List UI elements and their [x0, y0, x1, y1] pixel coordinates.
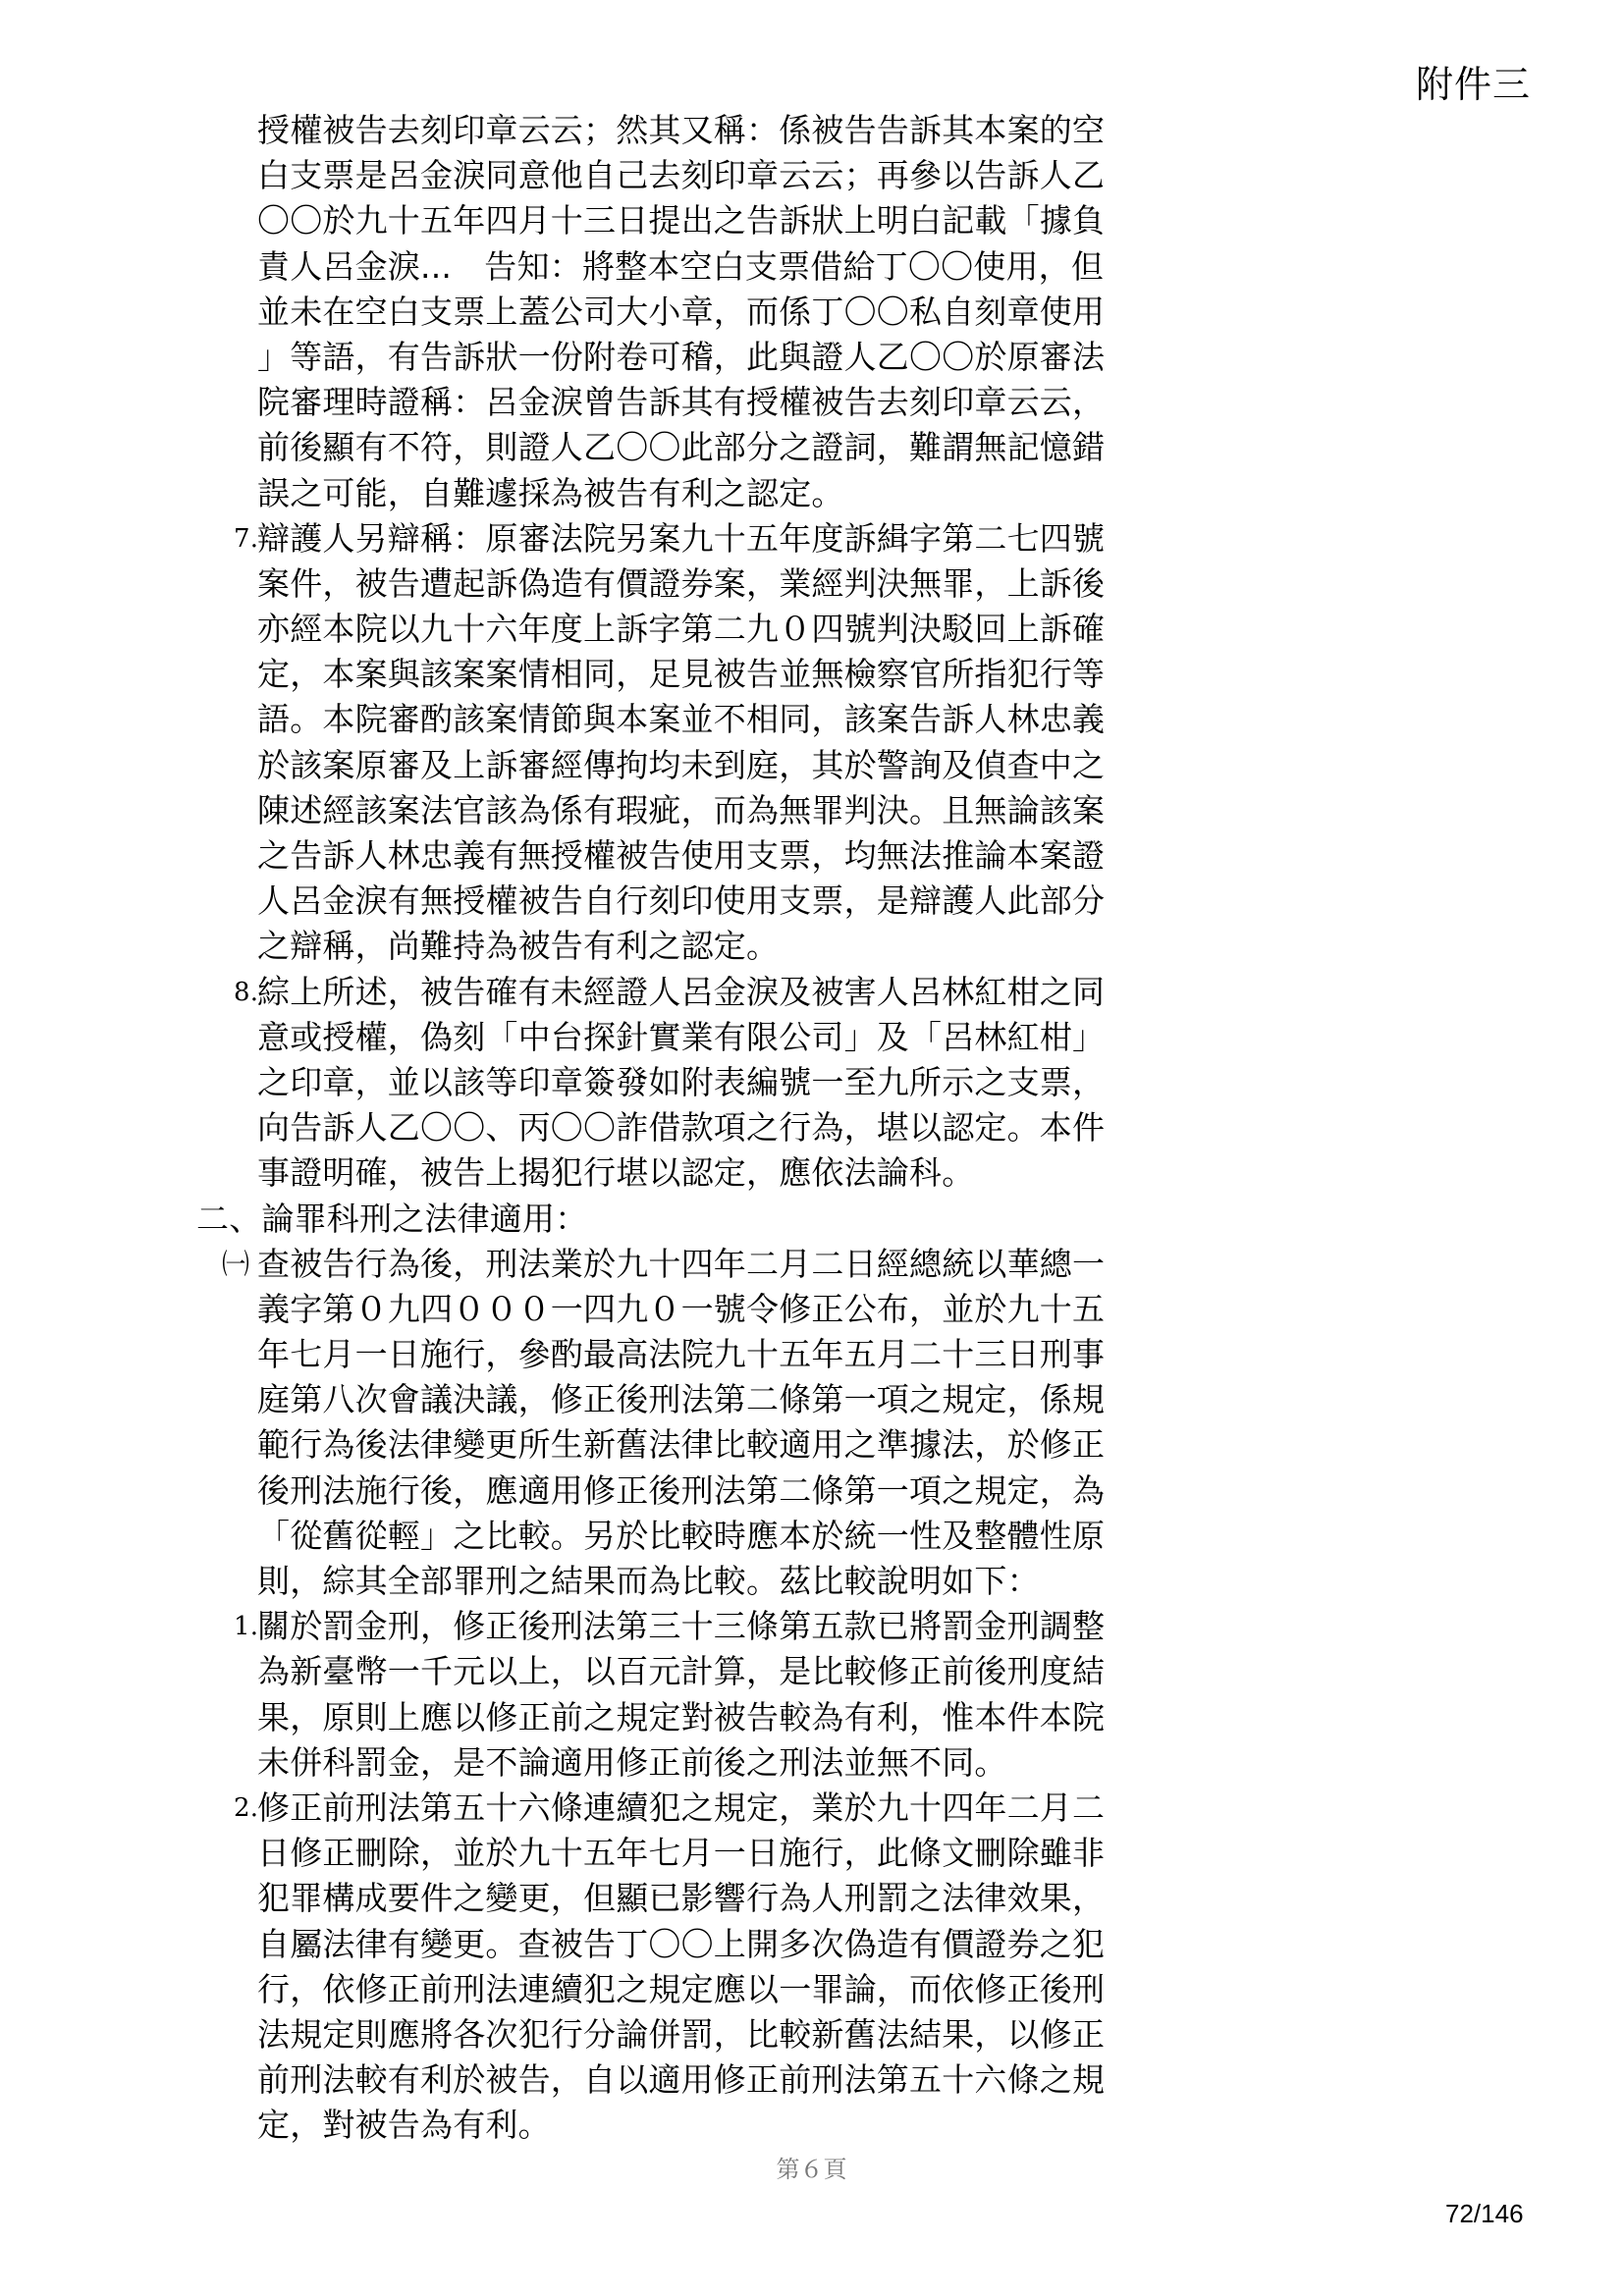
list-marker: 2. — [234, 1786, 258, 1831]
paragraph-line: 自屬法律有變更。查被告丁〇〇上開多次偽造有價證券之犯 — [196, 1922, 1100, 1967]
line-text: 向告訴人乙〇〇、丙〇〇詐借款項之行為，堪以認定。本件 — [257, 1108, 1105, 1147]
paragraph-line: 之辯稱，尚難持為被告有利之認定。 — [196, 924, 1100, 969]
paragraph-line: 〇〇於九十五年四月十三日提出之告訴狀上明白記載「據負 — [196, 198, 1100, 243]
list-marker: 8. — [234, 970, 258, 1015]
paragraph-line: 犯罪構成要件之變更，但顯已影響行為人刑罰之法律效果， — [196, 1876, 1100, 1921]
line-text: 後刑法施行後，應適用修正後刑法第二條第一項之規定，為 — [257, 1471, 1105, 1510]
line-text: 責人呂金淚... 告知：將整本空白支票借給丁〇〇使用，但 — [257, 247, 1104, 286]
paragraph-line: 後刑法施行後，應適用修正後刑法第二條第一項之規定，為 — [196, 1468, 1100, 1514]
paragraph-line: 誤之可能，自難遽採為被告有利之認定。 — [196, 471, 1100, 516]
line-text: 案件，被告遭起訴偽造有價證券案，業經判決無罪，上訴後 — [257, 564, 1105, 603]
paragraph-line: 果，原則上應以修正前之規定對被告較為有利，惟本件本院 — [196, 1695, 1100, 1740]
line-text: 前刑法較有利於被告，自以適用修正前刑法第五十六條之規 — [257, 2060, 1105, 2099]
paragraph-line: 日修正刪除，並於九十五年七月一日施行，此條文刪除雖非 — [196, 1831, 1100, 1876]
paragraph-line: 向告訴人乙〇〇、丙〇〇詐借款項之行為，堪以認定。本件 — [196, 1105, 1100, 1150]
line-text: 年七月一日施行，參酌最高法院九十五年五月二十三日刑事 — [257, 1335, 1105, 1373]
line-text: 院審理時證稱：呂金淚曾告訴其有授權被告去刻印章云云， — [257, 383, 1105, 421]
paragraph-line: 為新臺幣一千元以上，以百元計算，是比較修正前後刑度結 — [196, 1649, 1100, 1694]
line-text: 誤之可能，自難遽採為被告有利之認定。 — [257, 474, 844, 512]
line-text: 前後顯有不符，則證人乙〇〇此部分之證詞，難謂無記憶錯 — [257, 428, 1105, 466]
paragraph-line: 「從舊從輕」之比較。另於比較時應本於統一性及整體性原 — [196, 1514, 1100, 1559]
line-text: 法規定則應將各次犯行分論併罰，比較新舊法結果，以修正 — [257, 2015, 1105, 2054]
line-text: 未併科罰金，是不論適用修正前後之刑法並無不同。 — [257, 1743, 1007, 1782]
line-text: 人呂金淚有無授權被告自行刻印使用支票，是辯護人此部分 — [257, 881, 1105, 920]
line-text: 意或授權，偽刻「中台探針實業有限公司」及「呂林紅柑」 — [257, 1018, 1105, 1056]
line-text: 自屬法律有變更。查被告丁〇〇上開多次偽造有價證券之犯 — [257, 1925, 1105, 1963]
paragraph-line: 事證明確，被告上揭犯行堪以認定，應依法論科。 — [196, 1150, 1100, 1196]
paragraph-line: 年七月一日施行，參酌最高法院九十五年五月二十三日刑事 — [196, 1332, 1100, 1377]
list-item-start: 1.關於罰金刑，修正後刑法第三十三條第五款已將罰金刑調整 — [196, 1604, 1100, 1649]
line-text: 〇〇於九十五年四月十三日提出之告訴狀上明白記載「據負 — [257, 201, 1105, 240]
line-text: 查被告行為後，刑法業於九十四年二月二日經總統以華總一 — [257, 1245, 1105, 1283]
paragraph-line: 授權被告去刻印章云云；然其又稱：係被告告訴其本案的空 — [196, 108, 1100, 153]
line-text: 陳述經該案法官該為係有瑕疵，而為無罪判決。且無論該案 — [257, 791, 1105, 829]
line-text: 並未在空白支票上蓋公司大小章，而係丁〇〇私自刻章使用 — [257, 293, 1105, 331]
line-text: 之告訴人林忠義有無授權被告使用支票，均無法推論本案證 — [257, 836, 1105, 875]
list-marker: 7. — [234, 516, 258, 561]
paragraph-line: 定，本案與該案案情相同，足見被告並無檢察官所指犯行等 — [196, 652, 1100, 697]
line-text: 授權被告去刻印章云云；然其又稱：係被告告訴其本案的空 — [257, 111, 1105, 149]
page-number: 第６頁 — [0, 2150, 1623, 2184]
page-count: 72/146 — [1445, 2199, 1524, 2229]
line-text: 之辯稱，尚難持為被告有利之認定。 — [257, 927, 779, 965]
line-text: 義字第０九四０００一四九０一號令修正公布，並於九十五 — [257, 1290, 1105, 1328]
line-text: 「從舊從輕」之比較。另於比較時應本於統一性及整體性原 — [257, 1517, 1105, 1555]
line-text: 關於罰金刑，修正後刑法第三十三條第五款已將罰金刑調整 — [257, 1607, 1105, 1645]
section-heading: 二、論罪科刑之法律適用： — [196, 1197, 1100, 1242]
paragraph-line: 前刑法較有利於被告，自以適用修正前刑法第五十六條之規 — [196, 2057, 1100, 2103]
attachment-label: 附件三 — [1416, 54, 1531, 108]
paragraph-line: 範行為後法律變更所生新舊法律比較適用之準據法，於修正 — [196, 1422, 1100, 1468]
line-text: 範行為後法律變更所生新舊法律比較適用之準據法，於修正 — [257, 1425, 1105, 1464]
document-body: 授權被告去刻印章云云；然其又稱：係被告告訴其本案的空白支票是呂金淚同意他自己去刻… — [196, 108, 1100, 2148]
paragraph-line: 陳述經該案法官該為係有瑕疵，而為無罪判決。且無論該案 — [196, 788, 1100, 833]
line-text: 定，本案與該案案情相同，足見被告並無檢察官所指犯行等 — [257, 655, 1105, 693]
paragraph-line: 法規定則應將各次犯行分論併罰，比較新舊法結果，以修正 — [196, 2012, 1100, 2057]
line-text: 之印章，並以該等印章簽發如附表編號一至九所示之支票， — [257, 1063, 1105, 1101]
list-item-start: 2.修正前刑法第五十六條連續犯之規定，業於九十四年二月二 — [196, 1786, 1100, 1831]
list-item-start: 8.綜上所述，被告確有未經證人呂金淚及被害人呂林紅柑之同 — [196, 970, 1100, 1015]
line-text: 語。本院審酌該案情節與本案並不相同，該案告訴人林忠義 — [257, 700, 1105, 738]
paragraph-line: 行，依修正前刑法連續犯之規定應以一罪論，而依修正後刑 — [196, 1967, 1100, 2012]
line-text: 日修正刪除，並於九十五年七月一日施行，此條文刪除雖非 — [257, 1834, 1105, 1872]
list-item-start: ㈠查被告行為後，刑法業於九十四年二月二日經總統以華總一 — [196, 1242, 1100, 1287]
paragraph-line: 語。本院審酌該案情節與本案並不相同，該案告訴人林忠義 — [196, 697, 1100, 742]
list-marker: ㈠ — [222, 1242, 249, 1287]
line-text: 事證明確，被告上揭犯行堪以認定，應依法論科。 — [257, 1153, 974, 1192]
section-heading-text: 二、論罪科刑之法律適用： — [196, 1200, 587, 1238]
paragraph-line: 並未在空白支票上蓋公司大小章，而係丁〇〇私自刻章使用 — [196, 290, 1100, 335]
line-text: 綜上所述，被告確有未經證人呂金淚及被害人呂林紅柑之同 — [257, 973, 1105, 1011]
line-text: 為新臺幣一千元以上，以百元計算，是比較修正前後刑度結 — [257, 1652, 1105, 1690]
line-text: 辯護人另辯稱：原審法院另案九十五年度訴緝字第二七四號 — [257, 519, 1105, 558]
line-text: 」等語，有告訴狀一份附卷可稽，此與證人乙〇〇於原審法 — [257, 338, 1105, 376]
paragraph-line: 院審理時證稱：呂金淚曾告訴其有授權被告去刻印章云云， — [196, 380, 1100, 425]
paragraph-line: 於該案原審及上訴審經傳拘均未到庭，其於警詢及偵查中之 — [196, 743, 1100, 788]
paragraph-line: 定，對被告為有利。 — [196, 2103, 1100, 2148]
paragraph-line: 前後顯有不符，則證人乙〇〇此部分之證詞，難謂無記憶錯 — [196, 425, 1100, 470]
line-text: 於該案原審及上訴審經傳拘均未到庭，其於警詢及偵查中之 — [257, 746, 1105, 784]
paragraph-line: 亦經本院以九十六年度上訴字第二九０四號判決駁回上訴確 — [196, 607, 1100, 652]
paragraph-line: 白支票是呂金淚同意他自己去刻印章云云；再參以告訴人乙 — [196, 153, 1100, 198]
paragraph-line: 意或授權，偽刻「中台探針實業有限公司」及「呂林紅柑」 — [196, 1015, 1100, 1060]
line-text: 庭第八次會議決議，修正後刑法第二條第一項之規定，係規 — [257, 1380, 1105, 1418]
paragraph-line: 之告訴人林忠義有無授權被告使用支票，均無法推論本案證 — [196, 833, 1100, 879]
line-text: 亦經本院以九十六年度上訴字第二九０四號判決駁回上訴確 — [257, 610, 1105, 648]
line-text: 果，原則上應以修正前之規定對被告較為有利，惟本件本院 — [257, 1698, 1105, 1736]
line-text: 白支票是呂金淚同意他自己去刻印章云云；再參以告訴人乙 — [257, 156, 1105, 194]
paragraph-line: 未併科罰金，是不論適用修正前後之刑法並無不同。 — [196, 1740, 1100, 1786]
list-item-start: 7.辯護人另辯稱：原審法院另案九十五年度訴緝字第二七四號 — [196, 516, 1100, 561]
line-text: 犯罪構成要件之變更，但顯已影響行為人刑罰之法律效果， — [257, 1879, 1105, 1917]
line-text: 則，綜其全部罪刑之結果而為比較。茲比較說明如下： — [257, 1562, 1040, 1600]
paragraph-line: 人呂金淚有無授權被告自行刻印使用支票，是辯護人此部分 — [196, 879, 1100, 924]
paragraph-line: 」等語，有告訴狀一份附卷可稽，此與證人乙〇〇於原審法 — [196, 335, 1100, 380]
paragraph-line: 案件，被告遭起訴偽造有價證券案，業經判決無罪，上訴後 — [196, 561, 1100, 607]
paragraph-line: 庭第八次會議決議，修正後刑法第二條第一項之規定，係規 — [196, 1377, 1100, 1422]
line-text: 修正前刑法第五十六條連續犯之規定，業於九十四年二月二 — [257, 1789, 1105, 1827]
line-text: 行，依修正前刑法連續犯之規定應以一罪論，而依修正後刑 — [257, 1970, 1105, 2008]
paragraph-line: 之印章，並以該等印章簽發如附表編號一至九所示之支票， — [196, 1060, 1100, 1105]
line-text: 定，對被告為有利。 — [257, 2106, 551, 2144]
paragraph-line: 責人呂金淚... 告知：將整本空白支票借給丁〇〇使用，但 — [196, 244, 1100, 290]
list-marker: 1. — [234, 1604, 258, 1649]
paragraph-line: 義字第０九四０００一四九０一號令修正公布，並於九十五 — [196, 1287, 1100, 1332]
paragraph-line: 則，綜其全部罪刑之結果而為比較。茲比較說明如下： — [196, 1559, 1100, 1604]
